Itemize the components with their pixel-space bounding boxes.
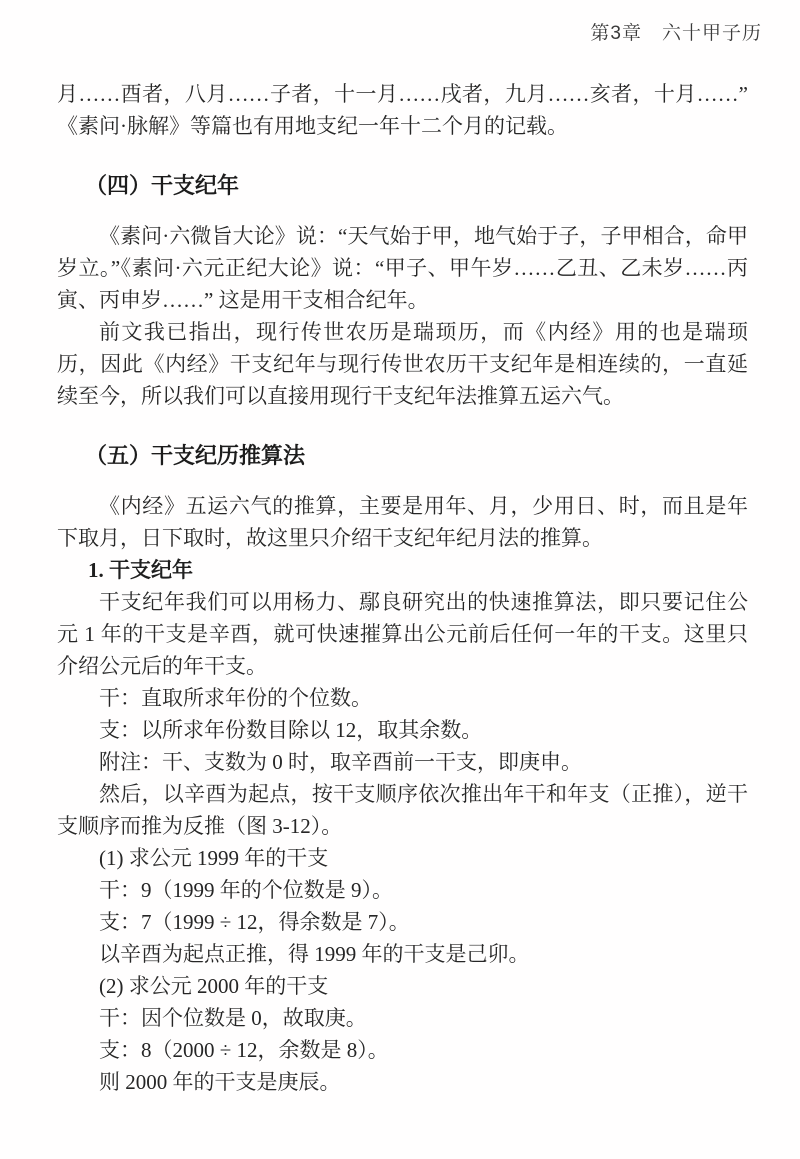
paragraph-neijing-wuyunliuqi: 《内经》五运六气的推算，主要是用年、月，少用日、时，而且是年下取月，日下取时，故… (57, 490, 748, 554)
page-body: 月……酉者，八月……子者，十一月……戌者，九月……亥者，十月……”《素问·脉解》… (57, 78, 748, 1098)
rule-line-gan: 干：直取所求年份的个位数。 (57, 682, 748, 714)
book-page: 第3章 六十甲子历 月……酉者，八月……子者，十一月……戌者，九月……亥者，十月… (0, 0, 800, 1159)
paragraph-nongli-continuity: 前文我已指出，现行传世农历是瑞顼历，而《内经》用的也是瑞顼历，因此《内经》干支纪… (57, 316, 748, 412)
example1-zhi: 支：7（1999 ÷ 12，得余数是 7）。 (57, 906, 748, 938)
paragraph-suwen-quotes: 《素问·六微旨大论》说：“天气始于甲，地气始于子，子甲相合，命甲岁立。”《素问·… (57, 220, 748, 316)
paragraph-continuation-dizhi-months: 月……酉者，八月……子者，十一月……戌者，九月……亥者，十月……”《素问·脉解》… (57, 78, 748, 142)
paragraph-xinyou-start: 然后，以辛酉为起点，按干支顺序依次推出年干和年支（正推），逆干支顺序而推为反推（… (57, 778, 748, 842)
example2-gan: 干：因个位数是 0，故取庚。 (57, 1002, 748, 1034)
section-heading-tuisuanfa: （五）干支纪历推算法 (57, 440, 748, 472)
example1-title: (1) 求公元 1999 年的干支 (57, 842, 748, 874)
example2-title: (2) 求公元 2000 年的干支 (57, 970, 748, 1002)
example1-result: 以辛酉为起点正推，得 1999 年的干支是己卯。 (57, 938, 748, 970)
example1-gan: 干：9（1999 年的个位数是 9）。 (57, 874, 748, 906)
example2-zhi: 支：8（2000 ÷ 12，余数是 8）。 (57, 1034, 748, 1066)
section-heading-ganzhi-jinian: （四）干支纪年 (57, 170, 748, 202)
page-header: 第3章 六十甲子历 (590, 18, 762, 45)
paragraph-quick-method: 干支纪年我们可以用杨力、鄢良研究出的快速推算法，即只要记住公元 1 年的干支是辛… (57, 586, 748, 682)
rule-line-zhi: 支：以所求年份数目除以 12，取其余数。 (57, 714, 748, 746)
subsection-heading-ganzhi-jinian: 1. 干支纪年 (57, 554, 748, 586)
chapter-title: 第3章 六十甲子历 (590, 23, 762, 44)
example2-result: 则 2000 年的干支是庚辰。 (57, 1066, 748, 1098)
rule-line-note: 附注：干、支数为 0 时，取辛酉前一干支，即庚申。 (57, 746, 748, 778)
